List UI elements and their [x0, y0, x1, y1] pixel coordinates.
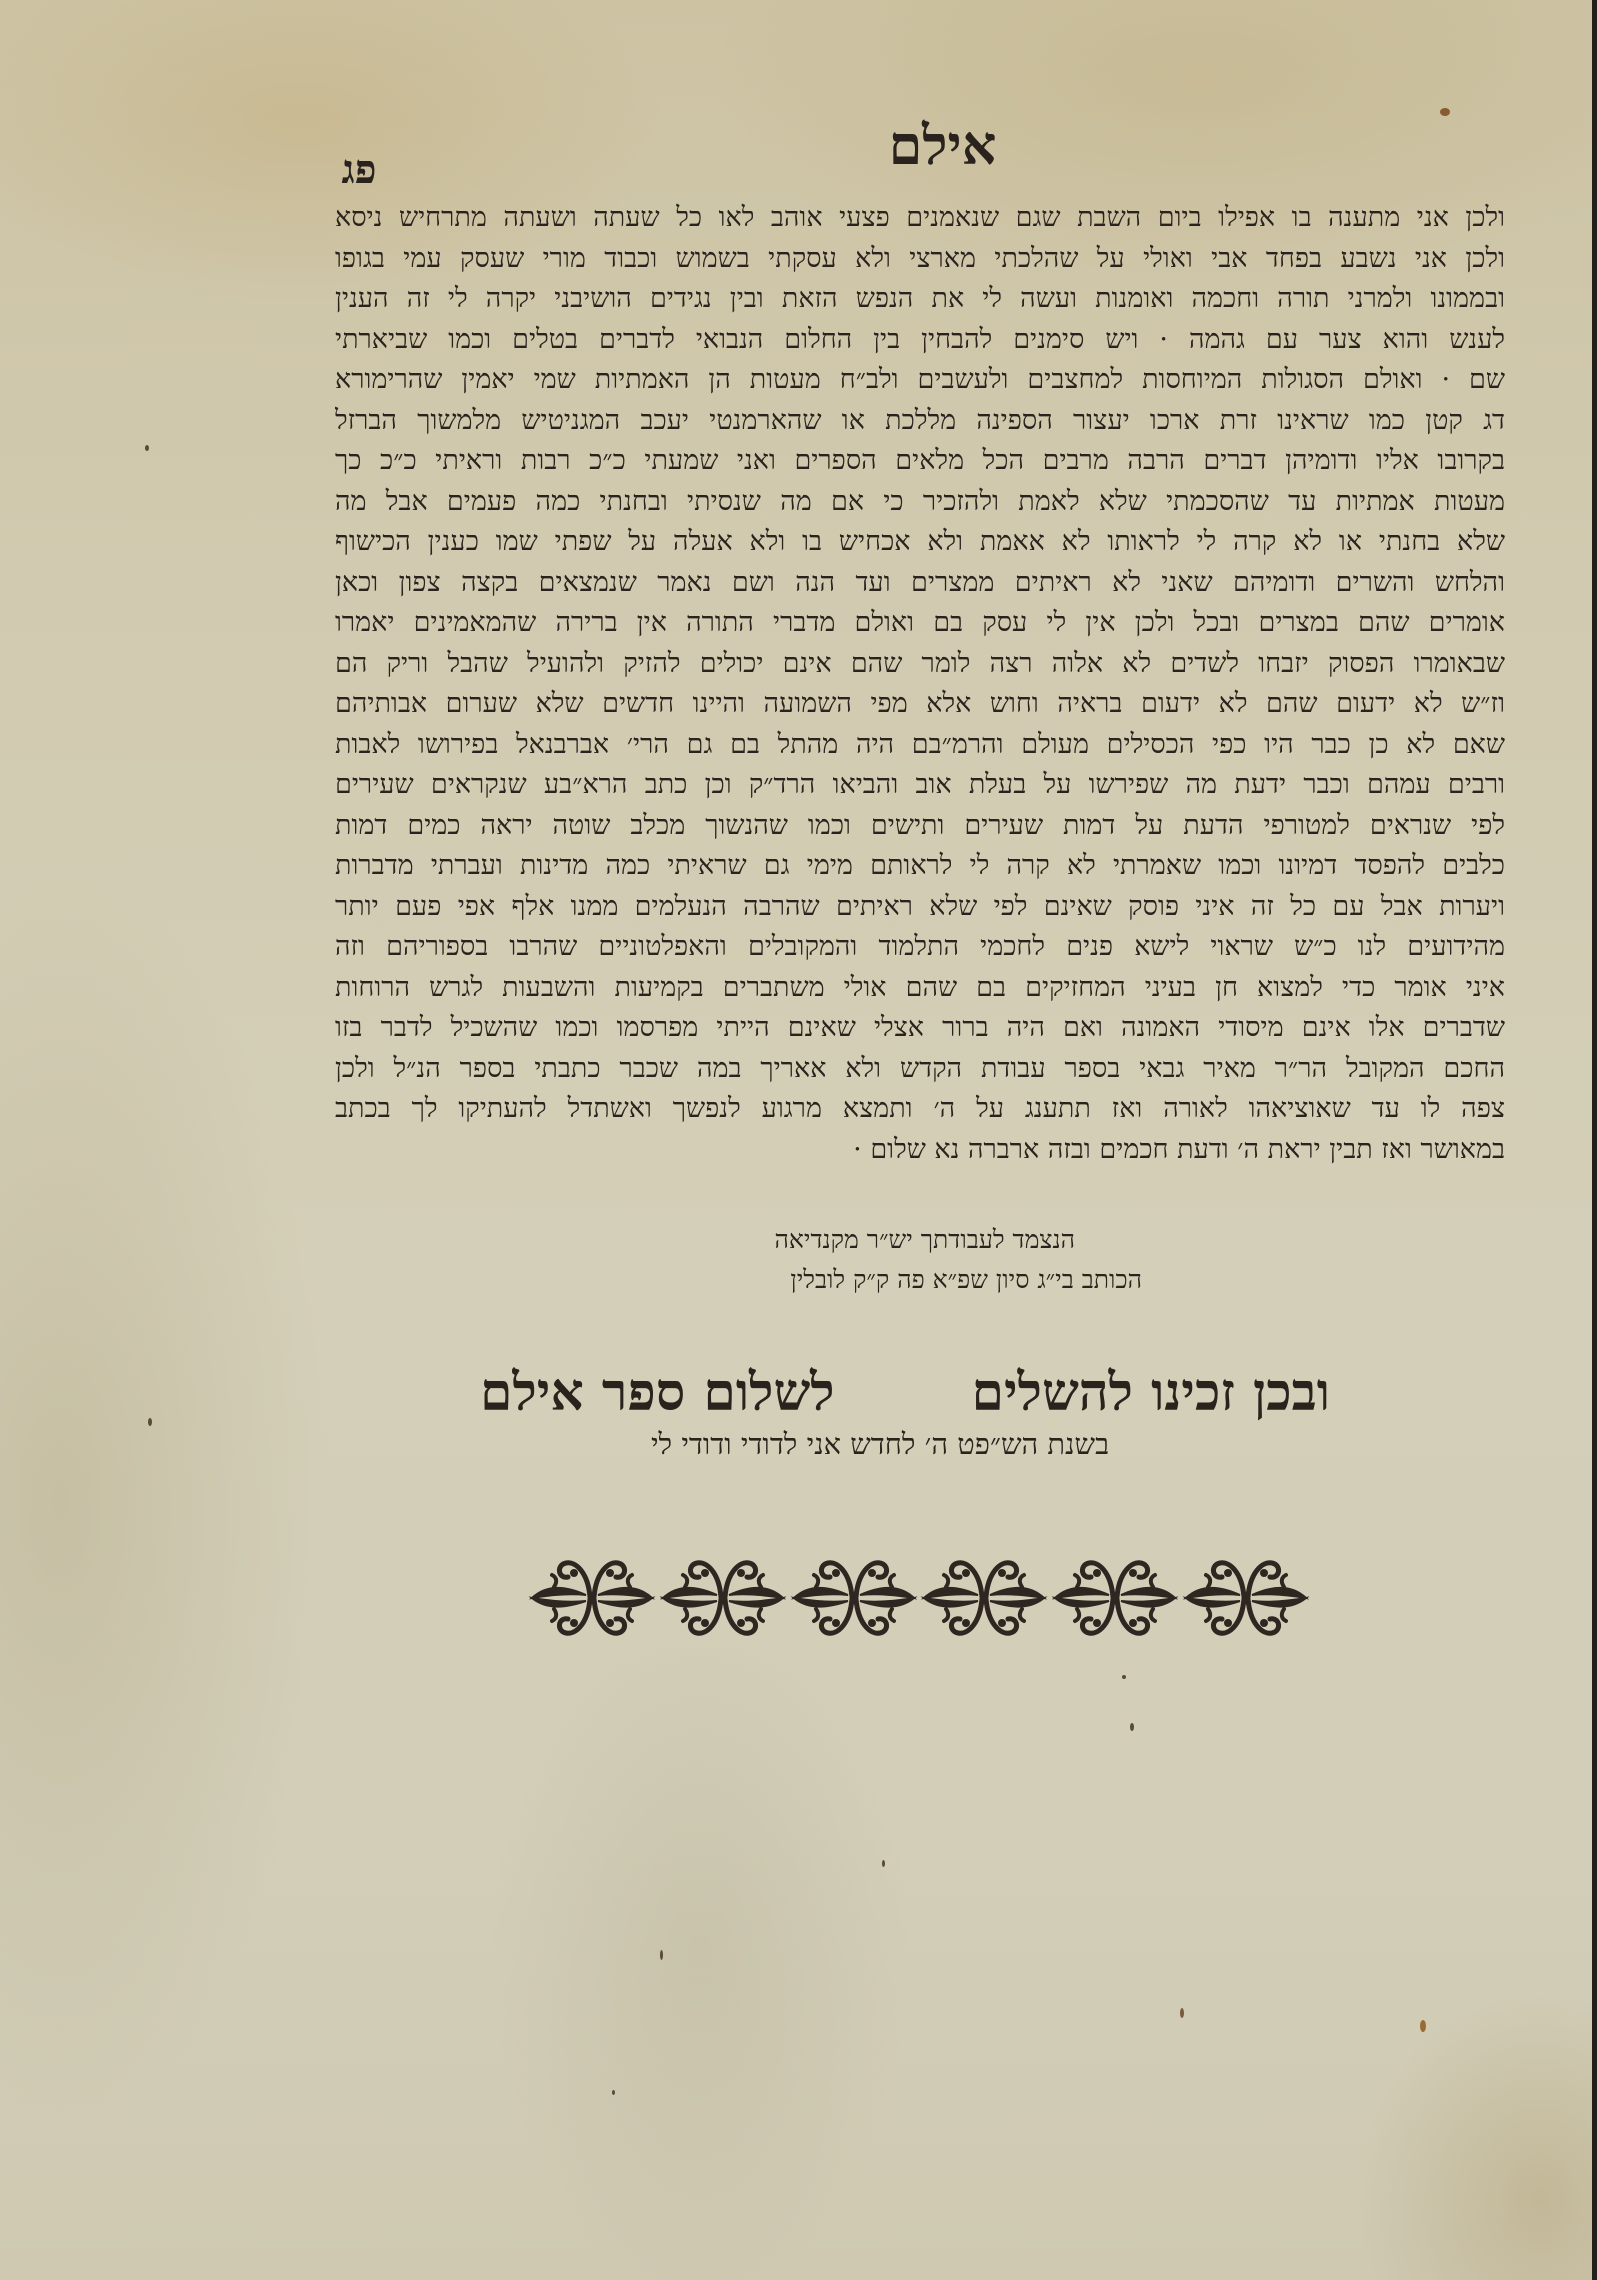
text-line: ולכן אני מתענה בו אפילו ביום השבת שגם שנ… — [335, 198, 1505, 239]
text-line: וז״ש לא ידעום שהם לא ידעום בראיה וחוש אל… — [335, 684, 1505, 725]
paper-speck — [660, 1950, 663, 1960]
text-line: לענש והוא צער עם גהמה · ויש סימנים להבחי… — [335, 320, 1505, 361]
text-line: צפה לו עד שאוציאהו לאורה ואז תתענג על ה׳… — [335, 1089, 1505, 1130]
fleuron-icon — [659, 1553, 787, 1643]
colophon-subtitle: בשנת הש״פט ה׳ לחדש אני לדודי ודודי לי — [600, 1424, 1160, 1464]
book-page: פג אילם ולכן אני מתענה בו אפילו ביום השב… — [0, 0, 1592, 2280]
paper-speck — [1122, 1675, 1126, 1679]
paper-speck — [1440, 108, 1450, 116]
running-title: אילם — [880, 110, 1005, 180]
body-text: ולכן אני מתענה בו אפילו ביום השבת שגם שנ… — [335, 198, 1505, 1170]
text-line: והלחש והשרים ודומיהם שאני לא ראיתים ממצר… — [335, 563, 1505, 604]
text-line: שבאומרו הפסוק יזבחו לשדים לא אלוה רצה לו… — [335, 644, 1505, 685]
fleuron-icon — [1182, 1553, 1310, 1643]
paper-speck — [145, 445, 149, 451]
paper-speck — [1420, 2020, 1426, 2032]
text-line: ולכן אני נשבע בפחד אבי ואולי על שהלכתי מ… — [335, 239, 1505, 280]
text-line: לפי שנראים למטורפי הדעת על דמות שעירים ו… — [335, 806, 1505, 847]
text-line: מעטות אמתיות עד שהסכמתי שלא לאמת ולהזכיר… — [335, 482, 1505, 523]
fleuron-icon — [790, 1553, 918, 1643]
text-line: שלא בחנתי או לא קרה לי לראותו לא אאמת ול… — [335, 522, 1505, 563]
ornament-band — [528, 1553, 1310, 1643]
page-edge — [1592, 0, 1597, 2280]
colophon-title-right: ובכן זכינו להשלים — [972, 1358, 1330, 1428]
signature-line-1: הנצמד לעבודתך יש״ר מקנדיאה — [640, 1222, 1075, 1258]
text-line: ויערות אבל עם כל זה איני פוסק שאינם לפי … — [335, 887, 1505, 928]
text-line: מהידועים לנו כ״ש שראוי לישא פנים לחכמי ה… — [335, 927, 1505, 968]
text-line: שאם לא כן כבר היו כפי הכסילים מעולם והרמ… — [335, 725, 1505, 766]
colophon-title: ובכן זכינו להשלים לשלום ספר אילם — [480, 1358, 1330, 1428]
text-line: איני אומר כדי למצוא חן בעיני המחזיקים בם… — [335, 968, 1505, 1009]
paper-speck — [1130, 1723, 1134, 1731]
fleuron-icon — [1051, 1553, 1179, 1643]
signature-line-2: הכותב בי״ג סיון שפ״א פה ק״ק לובלין — [757, 1262, 1142, 1298]
paper-speck — [1180, 2008, 1184, 2018]
text-line: החכם המקובל הר״ר מאיר גבאי בספר עבודת הק… — [335, 1049, 1505, 1090]
text-line: אומרים שהם במצרים ובכל ולכן אין לי עסק ב… — [335, 603, 1505, 644]
fleuron-icon — [528, 1553, 656, 1643]
paper-speck — [882, 1860, 885, 1867]
text-line: שדברים אלו אינם מיסודי האמונה ואם היה בר… — [335, 1008, 1505, 1049]
colophon-title-left: לשלום ספר אילם — [480, 1358, 835, 1428]
text-line: ורבים עמהם וכבר ידעת מה שפירשו על בעלת א… — [335, 765, 1505, 806]
paper-speck — [612, 2090, 615, 2095]
text-line: דג קטן כמו שראינו זרת ארכו יעצור הספינה … — [335, 401, 1505, 442]
page-number: פג — [333, 148, 385, 192]
text-line: במאושר ואז תבין יראת ה׳ ודעת חכמים ובזה … — [335, 1130, 1505, 1171]
fleuron-icon — [920, 1553, 1048, 1643]
text-line: כלבים להפסד דמיונו וכמו שאמרתי לא קרה לי… — [335, 846, 1505, 887]
paper-speck — [148, 1418, 152, 1426]
text-line: ובממונו ולמרני תורה וחכמה ואומנות ועשה ל… — [335, 279, 1505, 320]
text-line: שם · ואולם הסגולות המיוחסות למחצבים ולעש… — [335, 360, 1505, 401]
text-line: בקרובו אליו ודומיהן דברים הרבה מרבים הכל… — [335, 441, 1505, 482]
